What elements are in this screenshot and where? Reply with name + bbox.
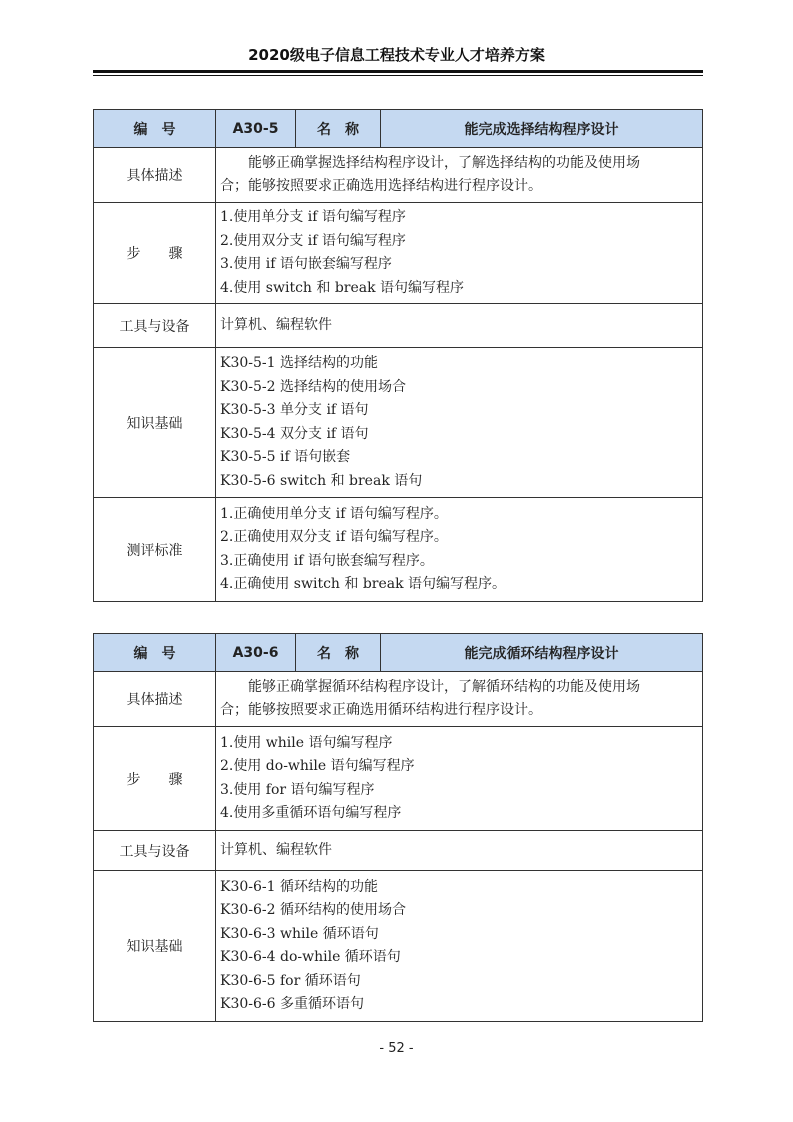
- description-label: 具体描述: [94, 672, 216, 727]
- description-line: 合；能够按照要求正确选用选择结构进行程序设计。: [220, 175, 698, 199]
- table-header-row: 编 号 A30-6 名 称 能完成循环结构程序设计: [94, 634, 703, 672]
- description-line: 能够正确掌握循环结构程序设计，了解循环结构的功能及使用场: [220, 676, 698, 700]
- task-table-a30-5: 编 号 A30-5 名 称 能完成选择结构程序设计 具体描述 能够正确掌握选择结…: [93, 109, 703, 602]
- step-item: 1.使用单分支 if 语句编写程序: [220, 206, 698, 230]
- criteria-item: 1.正确使用单分支 if 语句编写程序。: [220, 503, 698, 527]
- name-value: 能完成循环结构程序设计: [381, 634, 703, 672]
- description-line: 能够正确掌握选择结构程序设计，了解选择结构的功能及使用场: [220, 152, 698, 176]
- knowledge-content: K30-5-1 选择结构的功能 K30-5-2 选择结构的使用场合 K30-5-…: [216, 348, 703, 498]
- steps-row: 步 骤 1.使用 while 语句编写程序 2.使用 do-while 语句编写…: [94, 727, 703, 831]
- knowledge-item: K30-6-2 循环结构的使用场合: [220, 899, 698, 923]
- knowledge-content: K30-6-1 循环结构的功能 K30-6-2 循环结构的使用场合 K30-6-…: [216, 871, 703, 1022]
- steps-content: 1.使用 while 语句编写程序 2.使用 do-while 语句编写程序 3…: [216, 727, 703, 831]
- knowledge-item: K30-5-2 选择结构的使用场合: [220, 376, 698, 400]
- knowledge-item: K30-6-3 while 循环语句: [220, 923, 698, 947]
- knowledge-label: 知识基础: [94, 871, 216, 1022]
- step-item: 3.使用 for 语句编写程序: [220, 779, 698, 803]
- knowledge-item: K30-5-3 单分支 if 语句: [220, 399, 698, 423]
- steps-label: 步 骤: [94, 727, 216, 831]
- page-header-title: 2020级电子信息工程技术专业人才培养方案: [0, 44, 793, 65]
- steps-label: 步 骤: [94, 203, 216, 304]
- criteria-label: 测评标准: [94, 498, 216, 602]
- tools-content: 计算机、编程软件: [216, 831, 703, 871]
- id-value: A30-6: [216, 634, 296, 672]
- description-content: 能够正确掌握选择结构程序设计，了解选择结构的功能及使用场 合；能够按照要求正确选…: [216, 148, 703, 203]
- criteria-item: 3.正确使用 if 语句嵌套编写程序。: [220, 550, 698, 574]
- steps-row: 步 骤 1.使用单分支 if 语句编写程序 2.使用双分支 if 语句编写程序 …: [94, 203, 703, 304]
- knowledge-item: K30-6-4 do-while 循环语句: [220, 946, 698, 970]
- knowledge-item: K30-6-5 for 循环语句: [220, 970, 698, 994]
- knowledge-row: 知识基础 K30-6-1 循环结构的功能 K30-6-2 循环结构的使用场合 K…: [94, 871, 703, 1022]
- criteria-content: 1.正确使用单分支 if 语句编写程序。 2.正确使用双分支 if 语句编写程序…: [216, 498, 703, 602]
- tools-label: 工具与设备: [94, 304, 216, 348]
- id-value: A30-5: [216, 110, 296, 148]
- step-item: 4.使用多重循环语句编写程序: [220, 802, 698, 826]
- header-rule-thick: [93, 70, 703, 73]
- description-label: 具体描述: [94, 148, 216, 203]
- step-item: 4.使用 switch 和 break 语句编写程序: [220, 277, 698, 301]
- name-value: 能完成选择结构程序设计: [381, 110, 703, 148]
- step-item: 2.使用 do-while 语句编写程序: [220, 755, 698, 779]
- step-item: 3.使用 if 语句嵌套编写程序: [220, 253, 698, 277]
- description-row: 具体描述 能够正确掌握选择结构程序设计，了解选择结构的功能及使用场 合；能够按照…: [94, 148, 703, 203]
- tools-row: 工具与设备 计算机、编程软件: [94, 304, 703, 348]
- name-label: 名 称: [296, 110, 381, 148]
- knowledge-row: 知识基础 K30-5-1 选择结构的功能 K30-5-2 选择结构的使用场合 K…: [94, 348, 703, 498]
- name-label: 名 称: [296, 634, 381, 672]
- page-number: - 52 -: [0, 1041, 793, 1056]
- description-line: 合；能够按照要求正确选用循环结构进行程序设计。: [220, 699, 698, 723]
- knowledge-item: K30-5-4 双分支 if 语句: [220, 423, 698, 447]
- knowledge-item: K30-6-1 循环结构的功能: [220, 876, 698, 900]
- criteria-item: 4.正确使用 switch 和 break 语句编写程序。: [220, 573, 698, 597]
- task-table-a30-6: 编 号 A30-6 名 称 能完成循环结构程序设计 具体描述 能够正确掌握循环结…: [93, 633, 703, 1022]
- knowledge-item: K30-5-5 if 语句嵌套: [220, 446, 698, 470]
- table-header-row: 编 号 A30-5 名 称 能完成选择结构程序设计: [94, 110, 703, 148]
- knowledge-label: 知识基础: [94, 348, 216, 498]
- criteria-row: 测评标准 1.正确使用单分支 if 语句编写程序。 2.正确使用双分支 if 语…: [94, 498, 703, 602]
- knowledge-item: K30-5-6 switch 和 break 语句: [220, 470, 698, 494]
- id-label: 编 号: [94, 634, 216, 672]
- description-content: 能够正确掌握循环结构程序设计，了解循环结构的功能及使用场 合；能够按照要求正确选…: [216, 672, 703, 727]
- knowledge-item: K30-6-6 多重循环语句: [220, 993, 698, 1017]
- tools-label: 工具与设备: [94, 831, 216, 871]
- description-row: 具体描述 能够正确掌握循环结构程序设计，了解循环结构的功能及使用场 合；能够按照…: [94, 672, 703, 727]
- step-item: 1.使用 while 语句编写程序: [220, 732, 698, 756]
- tools-row: 工具与设备 计算机、编程软件: [94, 831, 703, 871]
- step-item: 2.使用双分支 if 语句编写程序: [220, 230, 698, 254]
- steps-content: 1.使用单分支 if 语句编写程序 2.使用双分支 if 语句编写程序 3.使用…: [216, 203, 703, 304]
- header-rule-thin: [93, 75, 703, 76]
- id-label: 编 号: [94, 110, 216, 148]
- tools-content: 计算机、编程软件: [216, 304, 703, 348]
- knowledge-item: K30-5-1 选择结构的功能: [220, 352, 698, 376]
- criteria-item: 2.正确使用双分支 if 语句编写程序。: [220, 526, 698, 550]
